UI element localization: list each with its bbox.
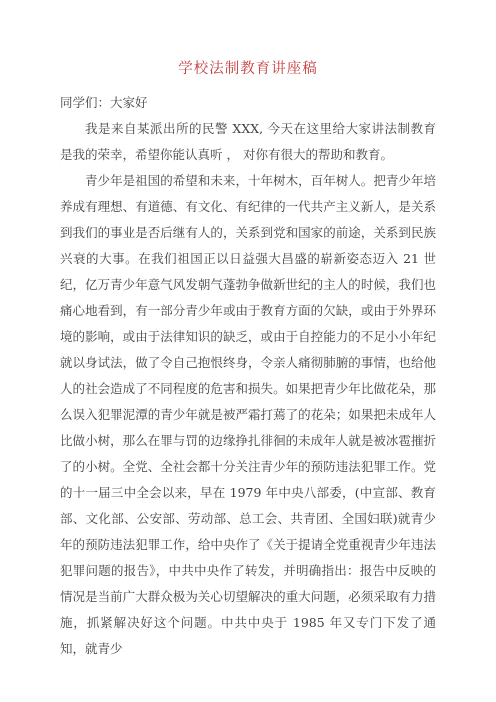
paragraph-greeting: 同学们：大家好 [60,90,436,116]
paragraph-intro: 我是来自某派出所的民警 XXX, 今天在这里给大家讲法制教育是我的荣幸，希望你能… [60,116,436,168]
paragraph-body: 青少年是祖国的希望和未来，十年树木，百年树人。把青少年培养成有理想、有道德、有文… [60,168,436,662]
document-page: 学校法制教育讲座稿 同学们：大家好 我是来自某派出所的民警 XXX, 今天在这里… [0,0,496,702]
document-title: 学校法制教育讲座稿 [60,56,436,82]
